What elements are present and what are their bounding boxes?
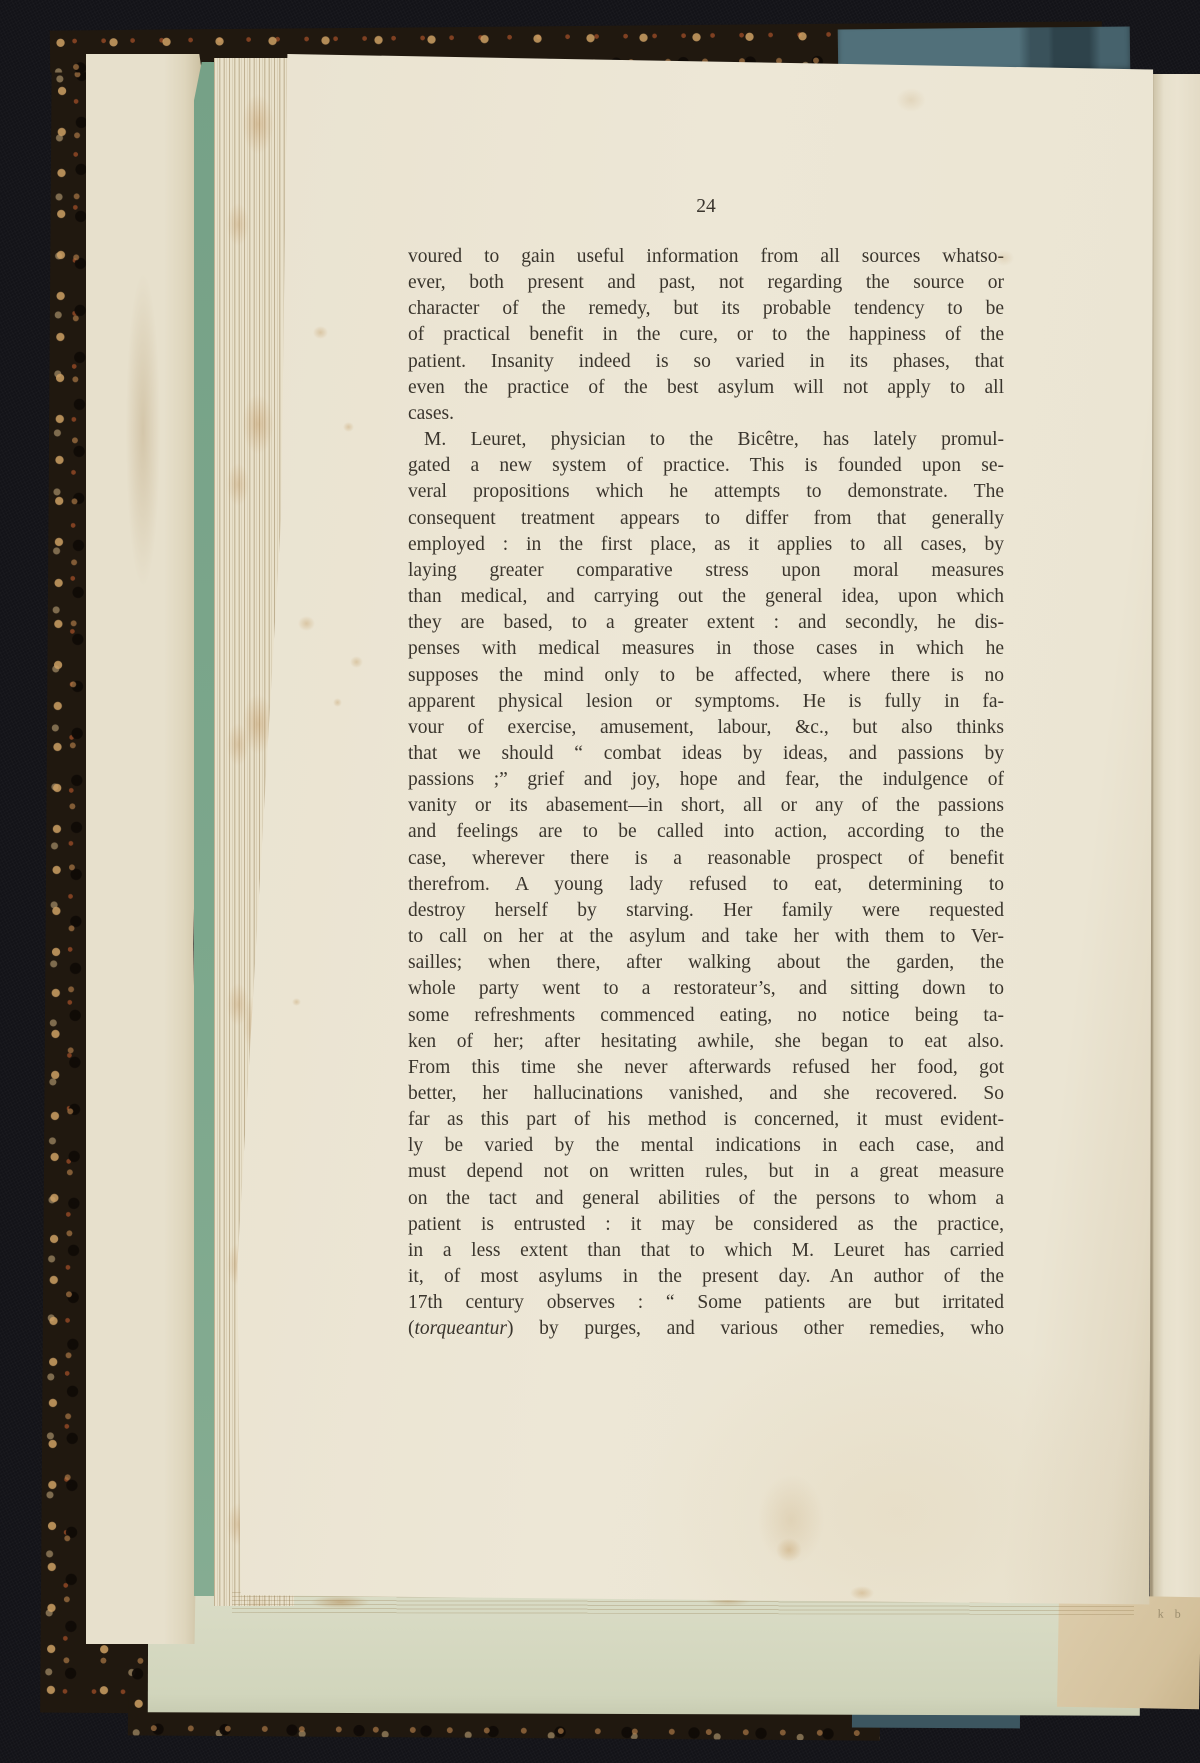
text-line: From this time she never afterwards refu… — [408, 1055, 1004, 1081]
green-endpaper-strip — [194, 62, 216, 1596]
text-line: some refreshments commenced eating, no n… — [408, 1003, 1004, 1029]
text-line: passions ;” grief and joy, hope and fear… — [408, 767, 1004, 793]
foxing-stain — [850, 1586, 874, 1600]
text-line: ken of her; after hesitating awhile, she… — [408, 1029, 1004, 1055]
italic-latin-word: torqueantur — [415, 1318, 507, 1339]
text-line: they are based, to a greater extent : an… — [408, 610, 1004, 636]
text-line: laying greater comparative stress upon m… — [408, 558, 1004, 584]
text-line: therefrom. A young lady refused to eat, … — [408, 872, 1004, 898]
foxing-stain — [776, 1538, 802, 1562]
text-line: vanity or its abasement—in short, all or… — [408, 793, 1004, 819]
text-segment: ) by purges, and various other remedies,… — [507, 1318, 1004, 1339]
text-line: to call on her at the asylum and take he… — [408, 924, 1004, 950]
text-line: 17th century observes : “ Some patients … — [408, 1290, 1004, 1316]
text-line: and feelings are to be called into actio… — [408, 819, 1004, 845]
text-line: even the practice of the best asylum wil… — [408, 375, 1004, 401]
foxing-stain — [313, 326, 328, 339]
foxing-stain — [298, 616, 315, 631]
text-line-with-italic: (torqueantur) by purges, and various oth… — [408, 1316, 1004, 1342]
page-number: 24 — [408, 196, 1004, 218]
text-line: it, of most asylums in the present day. … — [408, 1264, 1004, 1290]
photographed-open-book: k b 24 voured to gain useful information… — [0, 0, 1200, 1763]
foxing-stain — [333, 698, 342, 707]
text-line: consequent treatment appears to differ f… — [408, 506, 1004, 532]
text-line: character of the remedy, but its probabl… — [408, 296, 1004, 322]
text-line: whole party went to a restorateur’s, and… — [408, 976, 1004, 1002]
text-line: cases. — [408, 401, 1004, 427]
text-line: supposes the mind only to be affected, w… — [408, 663, 1004, 689]
book-page: 24 voured to gain useful information fro… — [236, 54, 1154, 1606]
text-line: sailles; when there, after walking about… — [408, 950, 1004, 976]
text-line: M. Leuret, physician to the Bicêtre, has… — [408, 427, 1004, 453]
text-line: ever, both present and past, not regardi… — [408, 270, 1004, 296]
text-line: patient is entrusted : it may be conside… — [408, 1212, 1004, 1238]
text-line: veral propositions which he attempts to … — [408, 479, 1004, 505]
text-line: apparent physical lesion or symptoms. He… — [408, 689, 1004, 715]
text-line: voured to gain useful information from a… — [408, 244, 1004, 270]
text-line: better, her hallucinations vanished, and… — [408, 1081, 1004, 1107]
text-line: destroy herself by starving. Her family … — [408, 898, 1004, 924]
text-line: on the tact and general abilities of the… — [408, 1186, 1004, 1212]
text-line: must depend not on written rules, but in… — [408, 1159, 1004, 1185]
foxing-stain — [994, 250, 1014, 266]
text-line: ly be varied by the mental indications i… — [408, 1133, 1004, 1159]
foxing-stain — [292, 998, 301, 1006]
text-line: that we should “ combat ideas by ideas, … — [408, 741, 1004, 767]
foxing-stain — [896, 88, 926, 112]
text-line: employed : in the first place, as it app… — [408, 532, 1004, 558]
body-text: voured to gain useful information from a… — [408, 244, 1004, 1343]
text-line: penses with medical measures in those ca… — [408, 636, 1004, 662]
text-line: than medical, and carrying out the gener… — [408, 584, 1004, 610]
flyleaf-torn-area — [120, 220, 166, 640]
text-line: vour of exercise, amusement, labour, &c.… — [408, 715, 1004, 741]
text-line: far as this part of his method is concer… — [408, 1107, 1004, 1133]
foxing-stain — [350, 656, 363, 668]
pencil-marking: k b — [1158, 1606, 1185, 1621]
underlying-page-right-edge — [1150, 74, 1200, 1610]
foxing-stain — [343, 422, 354, 432]
text-line: patient. Insanity indeed is so varied in… — [408, 349, 1004, 375]
text-line: case, wherever there is a reasonable pro… — [408, 846, 1004, 872]
text-line: gated a new system of practice. This is … — [408, 453, 1004, 479]
text-line: in a less extent than that to which M. L… — [408, 1238, 1004, 1264]
text-line: of practical benefit in the cure, or to … — [408, 322, 1004, 348]
